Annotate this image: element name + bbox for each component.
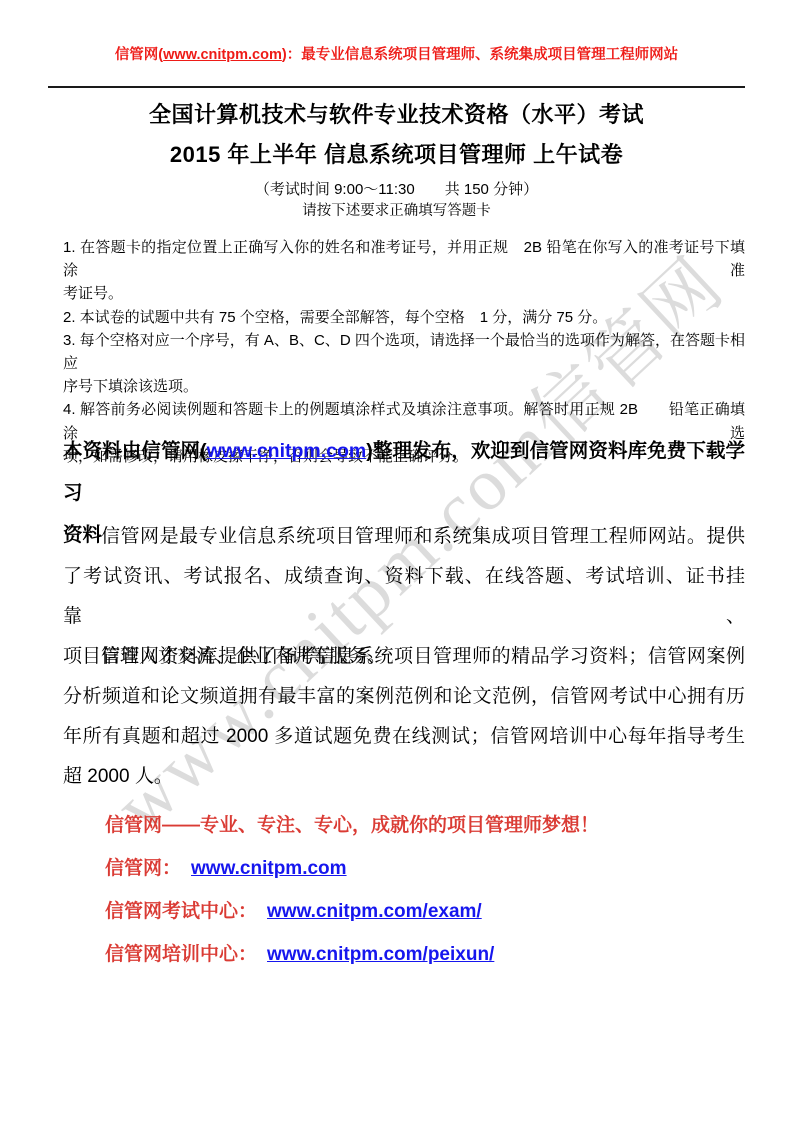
release-statement-line-1: 本资料由信管网(www.cnitpm.com)整理发布，欢迎到信管网资料库免费下…: [63, 430, 745, 514]
training-center-label: 信管网培训中心：: [105, 944, 257, 965]
exam-center-label: 信管网考试中心：: [105, 901, 257, 922]
release-prefix: 本资料由信管网(: [63, 440, 207, 462]
exam-center-link[interactable]: www.cnitpm.com/exam/: [267, 901, 482, 922]
training-center-link[interactable]: www.cnitpm.com/peixun/: [267, 944, 494, 965]
resources-line-4: 超 2000 人。: [63, 757, 745, 797]
exam-subtitle: 2015 年上半年 信息系统项目管理师 上午试卷: [0, 140, 793, 170]
header-site-link[interactable]: www.cnitpm.com: [163, 47, 282, 63]
answer-sheet-note: 请按下述要求正确填写答题卡: [0, 202, 793, 221]
exam-time-line: （考试时间 9:00～11:30 共 150 分钟）: [0, 180, 793, 200]
site-link-label: 信管网：: [105, 858, 181, 879]
instruction-line-1-cont: 考证号。: [63, 282, 745, 305]
page-header: 信管网(www.cnitpm.com)：最专业信息系统项目管理师、系统集成项目管…: [0, 45, 793, 65]
training-center-row: 信管网培训中心：www.cnitpm.com/peixun/: [105, 933, 745, 976]
instruction-line-1: 1. 在答题卡的指定位置上正确写入你的姓名和准考证号，并用正规 2B 铅笔在你写…: [63, 236, 745, 282]
exam-center-row: 信管网考试中心：www.cnitpm.com/exam/: [105, 890, 745, 933]
slogan-line: 信管网——专业、专注、专心，成就你的项目管理师梦想！: [105, 804, 745, 847]
footer-links-block: 信管网——专业、专注、专心，成就你的项目管理师梦想！ 信管网：www.cnitp…: [105, 804, 745, 976]
intro-line-2: 了考试资讯、考试报名、成绩查询、资料下载、在线答题、考试培训、证书挂靠、: [63, 557, 745, 637]
resources-line-2: 分析频道和论文频道拥有最丰富的案例范例和论文范例，信管网考试中心拥有历: [63, 677, 745, 717]
exam-title: 全国计算机技术与软件专业技术资格（水平）考试: [0, 100, 793, 130]
resources-line-1: 信管网资料库提供了备考信息系统项目管理师的精品学习资料；信管网案例: [63, 637, 745, 677]
intro-line-1: 信管网是最专业信息系统项目管理师和系统集成项目管理工程师网站。提供: [63, 517, 745, 557]
site-link-row: 信管网：www.cnitpm.com: [105, 847, 745, 890]
instruction-line-2: 2. 本试卷的试题中共有 75 个空格，需要全部解答，每个空格 1 分，满分 7…: [63, 306, 745, 329]
document-page: www.cnitpm.com信管网 信管网(www.cnitpm.com)：最专…: [0, 0, 793, 1122]
resources-line-3: 年所有真题和超过 2000 多道试题免费在线测试；信管网培训中心每年指导考生: [63, 717, 745, 757]
site-link[interactable]: www.cnitpm.com: [191, 858, 347, 879]
instruction-line-3-cont: 序号下填涂该选项。: [63, 375, 745, 398]
header-prefix: 信管网(: [115, 47, 163, 63]
header-divider: [48, 86, 745, 88]
instruction-line-3: 3. 每个空格对应一个序号，有 A、B、C、D 四个选项，请选择一个最恰当的选项…: [63, 329, 745, 375]
resources-paragraph: 信管网资料库提供了备考信息系统项目管理师的精品学习资料；信管网案例 分析频道和论…: [63, 637, 745, 797]
release-site-link[interactable]: www.cnitpm.com: [207, 440, 367, 462]
header-suffix: )：最专业信息系统项目管理师、系统集成项目管理工程师网站: [282, 47, 678, 63]
